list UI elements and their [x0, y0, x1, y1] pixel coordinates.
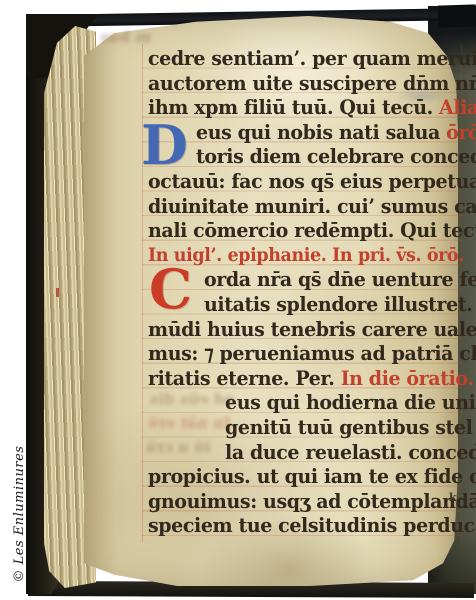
- manuscript-text-line: octauū: fac nos qs̄ eius perpetua: [148, 169, 476, 195]
- text-segment-ink: uitatis splendore illustret. qua: [204, 293, 476, 316]
- manuscript-text-block: cedre sentiam’. per quam meruim’auctorem…: [0, 0, 476, 600]
- text-segment-ink: speciem tue celsitudinis perducam.: [148, 514, 476, 537]
- text-segment-ink: eus qui nobis nati salua: [196, 121, 446, 144]
- text-segment-ink: octauū: fac nos qs̄ eius perpetua: [148, 170, 476, 193]
- manuscript-text-line: gnouimus: usqʒ ad cōtemplandā: [148, 489, 476, 515]
- illuminated-initial-D: D: [141, 118, 188, 172]
- illuminated-initial-C: C: [149, 262, 192, 316]
- manuscript-text-line: auctorem uite suscipere dn̄m nr̄m: [148, 71, 476, 97]
- text-segment-rubric: In uigl’. epiphanie. In pri. v̄s. ōrō.: [148, 245, 464, 266]
- text-segment-ink: toris diem celebrare concedis: [196, 145, 476, 168]
- text-segment-rubric: In die ōratio.: [341, 367, 474, 390]
- text-segment-ink: mus: ⁊ perueniamus ad patriā cla: [148, 342, 476, 365]
- text-segment-ink: ihm xpm filiū tuū. Qui tecū.: [148, 96, 439, 119]
- text-segment-ink: eus qui hodierna die uni: [225, 391, 475, 414]
- text-segment-ink: genitū tuū gentibus stel: [225, 416, 472, 439]
- manuscript-text-line: eus qui nobis nati salua ōrō.: [196, 120, 476, 146]
- text-segment-ink: la duce reuelasti. concede: [225, 441, 476, 464]
- text-segment-ink: mūdi huius tenebris carere ualea: [148, 318, 476, 341]
- manuscript-text-line: ihm xpm filiū tuū. Qui tecū. Alia: [148, 95, 476, 121]
- manuscript-text-line: speciem tue celsitudinis perducam.: [148, 513, 476, 539]
- manuscript-photo-scan: m busad eūs disIn nāt erēiū u crā cedre …: [0, 0, 476, 600]
- manuscript-text-line: ritatis eterne. Per. In die ōratio.: [148, 366, 474, 392]
- manuscript-text-line: nali cōmercio redēmpti. Qui tecū.: [148, 218, 476, 244]
- manuscript-text-line: mūdi huius tenebris carere ualea: [148, 317, 476, 343]
- text-segment-ink: diuinitate muniri. cui’ sumus car: [148, 195, 476, 218]
- manuscript-text-line: toris diem celebrare concedis: [196, 144, 476, 170]
- manuscript-text-line: mus: ⁊ perueniamus ad patriā cla: [148, 341, 476, 367]
- manuscript-text-line: orda nr̄a qs̄ dn̄e uenture festi: [204, 267, 476, 293]
- text-segment-rubric: Alia: [439, 96, 476, 119]
- text-segment-ink: nali cōmercio redēmpti. Qui tecū.: [148, 219, 476, 242]
- text-segment-ink: propicius. ut qui iam te ex fide co: [148, 465, 476, 488]
- text-segment-ink: gnouimus: usqʒ ad cōtemplandā: [148, 490, 476, 513]
- text-segment-ink: orda nr̄a qs̄ dn̄e uenture festi: [204, 268, 476, 291]
- text-segment-ink: cedre sentiam’. per quam meruim’: [148, 47, 476, 70]
- manuscript-text-line: genitū tuū gentibus stel: [225, 415, 472, 441]
- rubric-line: In uigl’. epiphanie. In pri. v̄s. ōrō.: [148, 243, 464, 269]
- manuscript-text-line: diuinitate muniri. cui’ sumus car: [148, 194, 476, 220]
- manuscript-text-line: la duce reuelasti. concede: [225, 440, 476, 466]
- manuscript-text-line: uitatis splendore illustret. qua: [204, 292, 476, 318]
- manuscript-text-line: eus qui hodierna die uni: [225, 390, 475, 416]
- copyright-watermark: © Les Enluminures: [11, 439, 29, 589]
- margin-correction-mark: k: [449, 492, 457, 503]
- manuscript-text-line: propicius. ut qui iam te ex fide co: [148, 464, 476, 490]
- text-segment-ink: auctorem uite suscipere dn̄m nr̄m: [148, 72, 476, 95]
- manuscript-text-line: cedre sentiam’. per quam meruim’: [148, 46, 476, 72]
- text-segment-ink: ritatis eterne. Per.: [148, 367, 341, 390]
- text-segment-rubric: ōrō.: [446, 121, 476, 144]
